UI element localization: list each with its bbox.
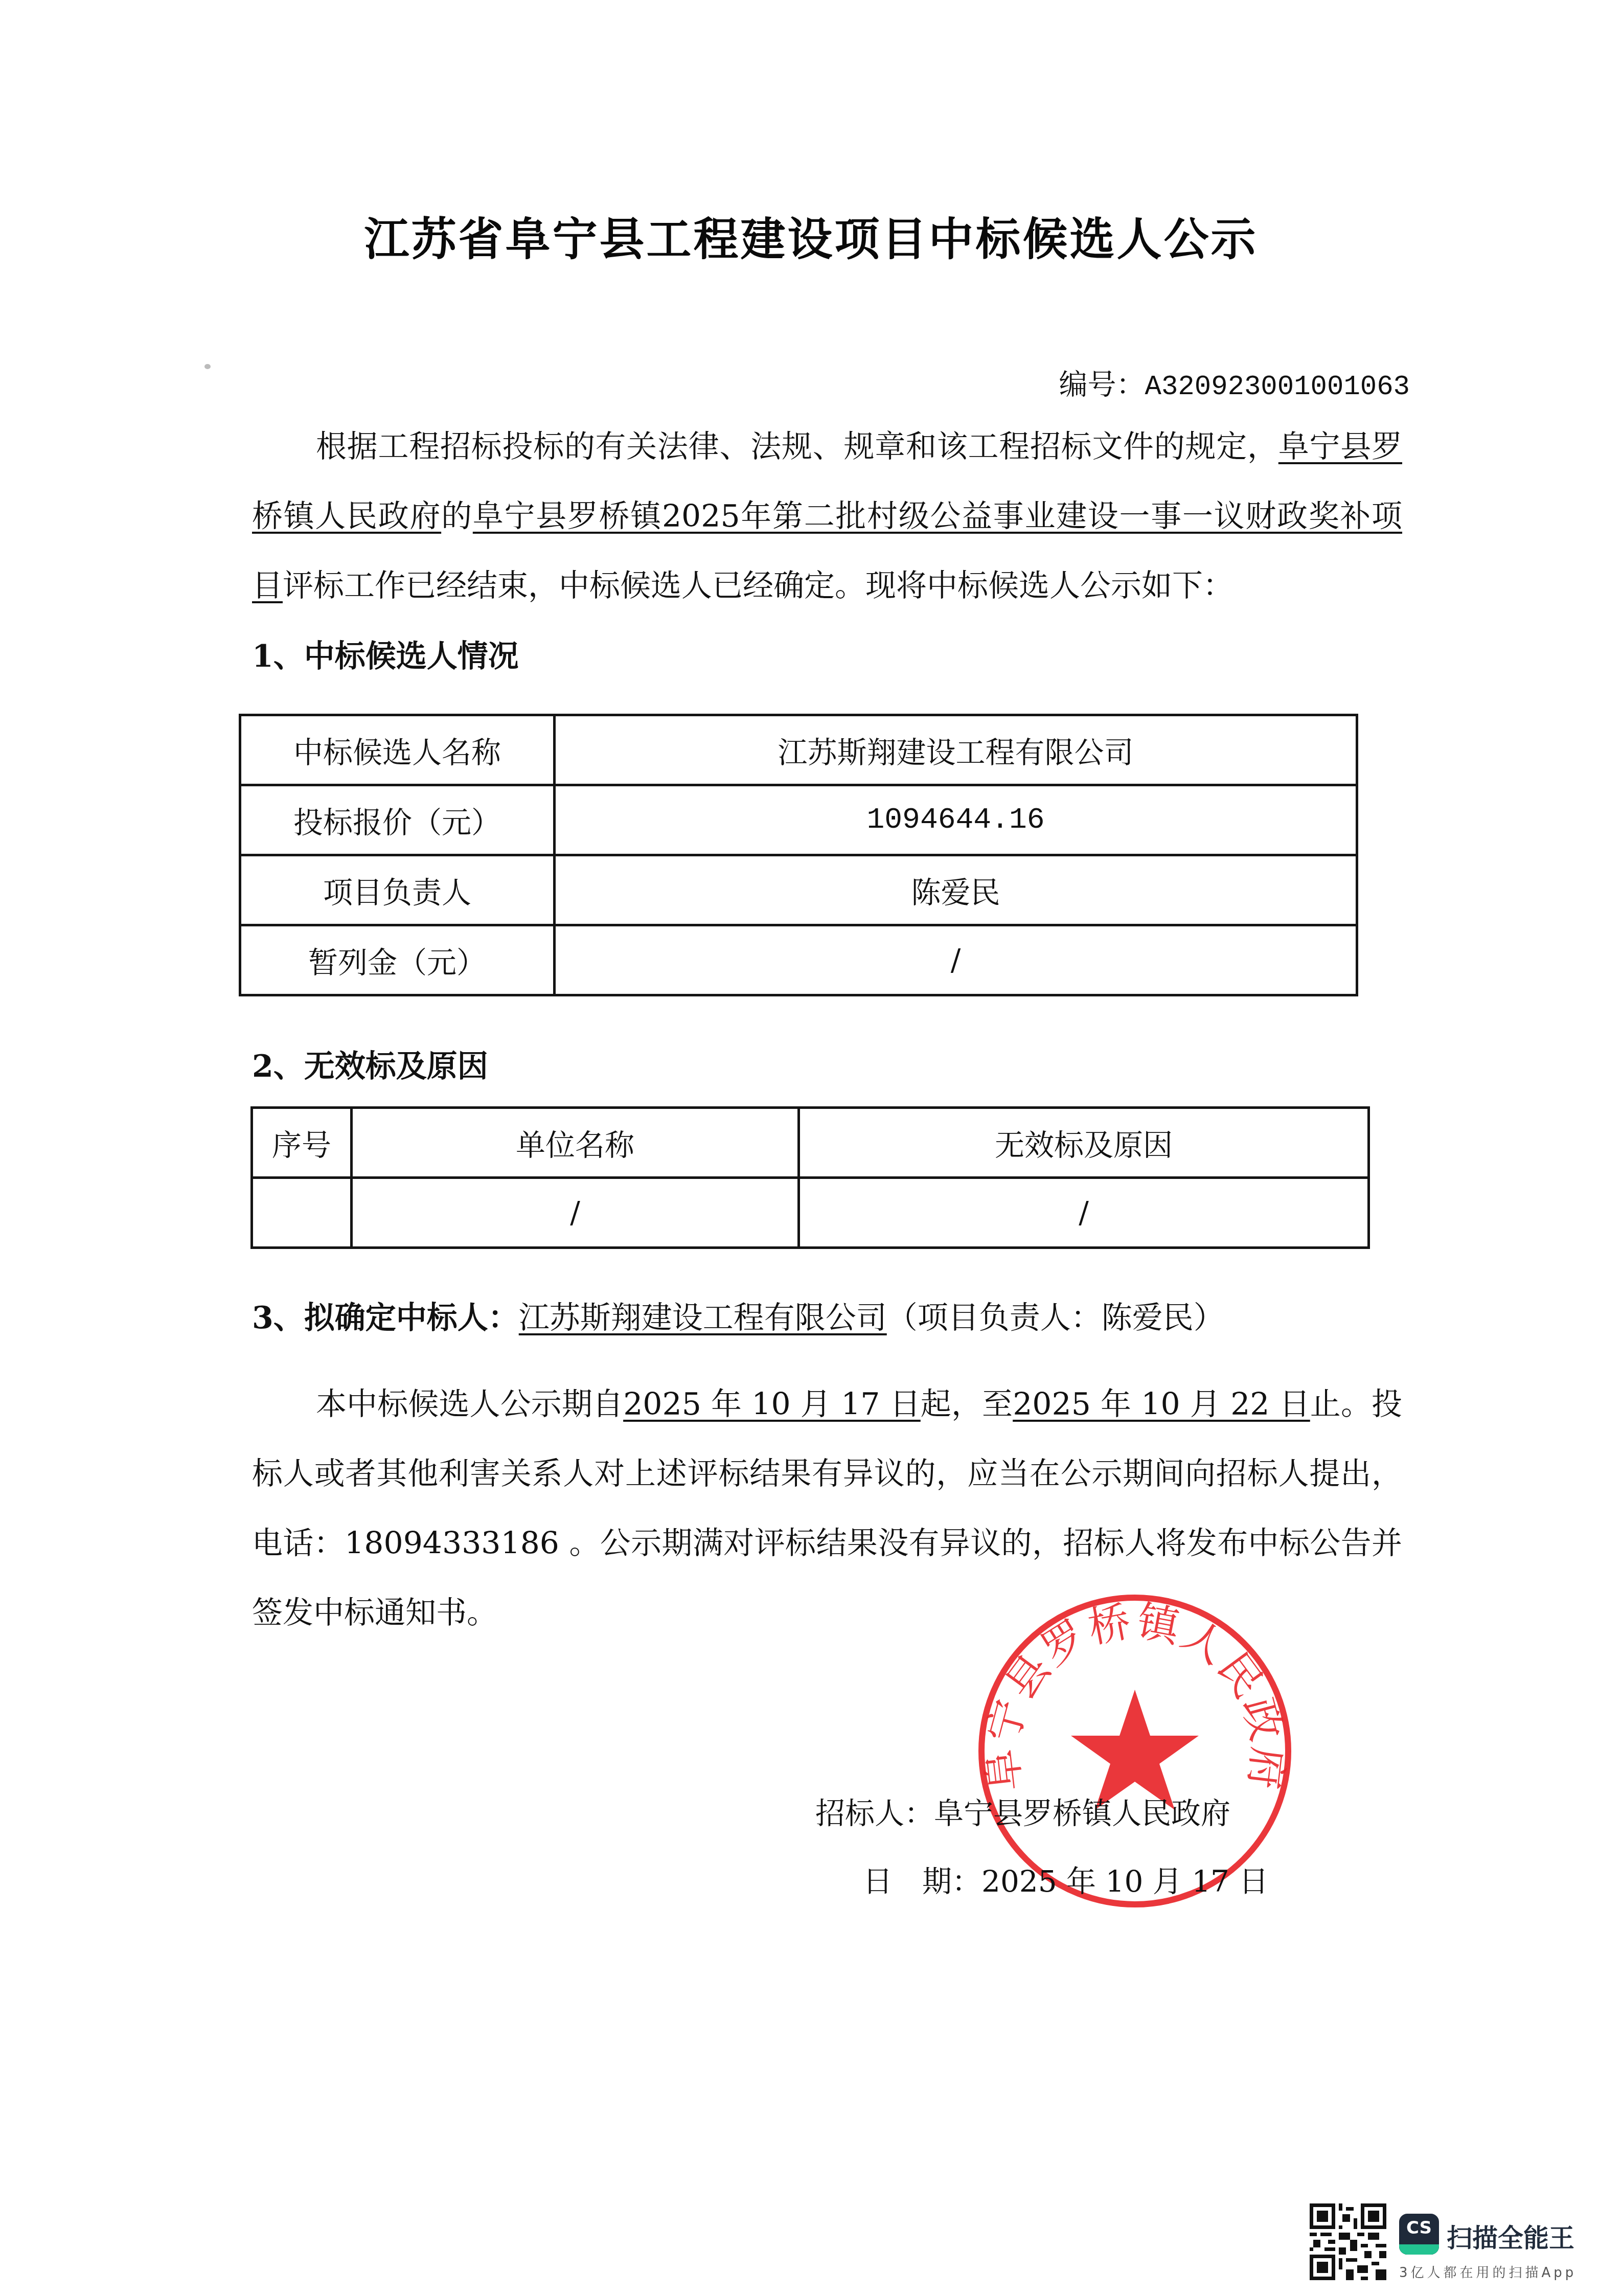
column-header-reason: 无效标及原因 xyxy=(799,1108,1369,1178)
camscanner-logo-icon: CS xyxy=(1399,2214,1439,2255)
table-row: 中标候选人名称 江苏斯翔建设工程有限公司 xyxy=(240,715,1357,785)
intro-paragraph: 根据工程招标投标的有关法律、法规、规章和该工程招标文件的规定，阜宁县罗桥镇人民政… xyxy=(252,412,1402,621)
provisional-sum-value: / xyxy=(555,925,1357,995)
tenderer-label: 招标人： xyxy=(815,1796,934,1831)
tenderer-signature: 招标人：阜宁县罗桥镇人民政府 xyxy=(815,1789,1230,1832)
invalid-bids-table: 序号 单位名称 无效标及原因 / / xyxy=(250,1106,1370,1249)
camscanner-tagline: 3亿人都在用的扫描App xyxy=(1399,2262,1577,2281)
intro-text-2: 的 xyxy=(441,498,473,534)
contact-phone: 18094333186 xyxy=(345,1526,559,1561)
tenderer-value: 阜宁县罗桥镇人民政府 xyxy=(934,1796,1230,1831)
section1-heading: 1、中标候选人情况 xyxy=(252,632,519,676)
table-row: 投标报价（元） 1094644.16 xyxy=(240,785,1357,855)
cell-reason: / xyxy=(799,1178,1369,1248)
notice-start-date: 2025 年 10 月 17 日 xyxy=(623,1386,921,1422)
column-header-seq: 序号 xyxy=(252,1108,352,1178)
notice-text-2: 起，至 xyxy=(921,1386,1013,1422)
table-row: / / xyxy=(252,1178,1369,1248)
camscanner-app-name: 扫描全能王 xyxy=(1447,2218,1574,2255)
date-value: 2025 年 10 月 17 日 xyxy=(981,1864,1268,1899)
section3-heading: 3、拟确定中标人： xyxy=(252,1300,519,1336)
signature-date: 日 期：2025 年 10 月 17 日 xyxy=(863,1857,1268,1900)
bid-price-value: 1094644.16 xyxy=(555,785,1357,855)
intro-text-3: 评标工作已经结束，中标候选人已经确定。现将中标候选人公示如下： xyxy=(283,568,1233,604)
document-title: 江苏省阜宁县工程建设项目中标候选人公示 xyxy=(0,203,1622,268)
candidate-table: 中标候选人名称 江苏斯翔建设工程有限公司 投标报价（元） 1094644.16 … xyxy=(239,714,1358,996)
date-label: 日 期： xyxy=(863,1864,981,1899)
candidate-name-value: 江苏斯翔建设工程有限公司 xyxy=(555,715,1357,785)
document-number: 编号：A320923001001063 xyxy=(1059,362,1410,403)
table-row: 项目负责人 陈爱民 xyxy=(240,855,1357,925)
table-row: 暂列金（元） / xyxy=(240,925,1357,995)
winner-suffix: （项目负责人：陈爱民） xyxy=(887,1300,1224,1336)
column-header-unit: 单位名称 xyxy=(352,1108,799,1178)
cell-seq xyxy=(252,1178,352,1248)
section3-line: 3、拟确定中标人：江苏斯翔建设工程有限公司（项目负责人：陈爱民） xyxy=(252,1293,1224,1337)
project-manager-value: 陈爱民 xyxy=(555,855,1357,925)
camscanner-watermark: CS 扫描全能王 3亿人都在用的扫描App xyxy=(1310,2198,1616,2290)
candidate-name-label: 中标候选人名称 xyxy=(240,715,555,785)
notice-text-1: 本中标候选人公示期自 xyxy=(316,1386,623,1422)
bid-price-label: 投标报价（元） xyxy=(240,785,555,855)
document-number-label: 编号： xyxy=(1059,368,1145,401)
provisional-sum-label: 暂列金（元） xyxy=(240,925,555,995)
document-number-value: A320923001001063 xyxy=(1145,372,1410,403)
table-header-row: 序号 单位名称 无效标及原因 xyxy=(252,1108,1369,1178)
notice-end-date: 2025 年 10 月 22 日 xyxy=(1013,1386,1310,1422)
winner-name: 江苏斯翔建设工程有限公司 xyxy=(519,1300,887,1336)
project-manager-label: 项目负责人 xyxy=(240,855,555,925)
scan-speck xyxy=(204,364,211,369)
qr-code-icon xyxy=(1310,2203,1386,2280)
intro-text-1: 根据工程招标投标的有关法律、法规、规章和该工程招标文件的规定， xyxy=(316,429,1278,465)
section2-heading: 2、无效标及原因 xyxy=(252,1042,488,1086)
cell-unit: / xyxy=(352,1178,799,1248)
